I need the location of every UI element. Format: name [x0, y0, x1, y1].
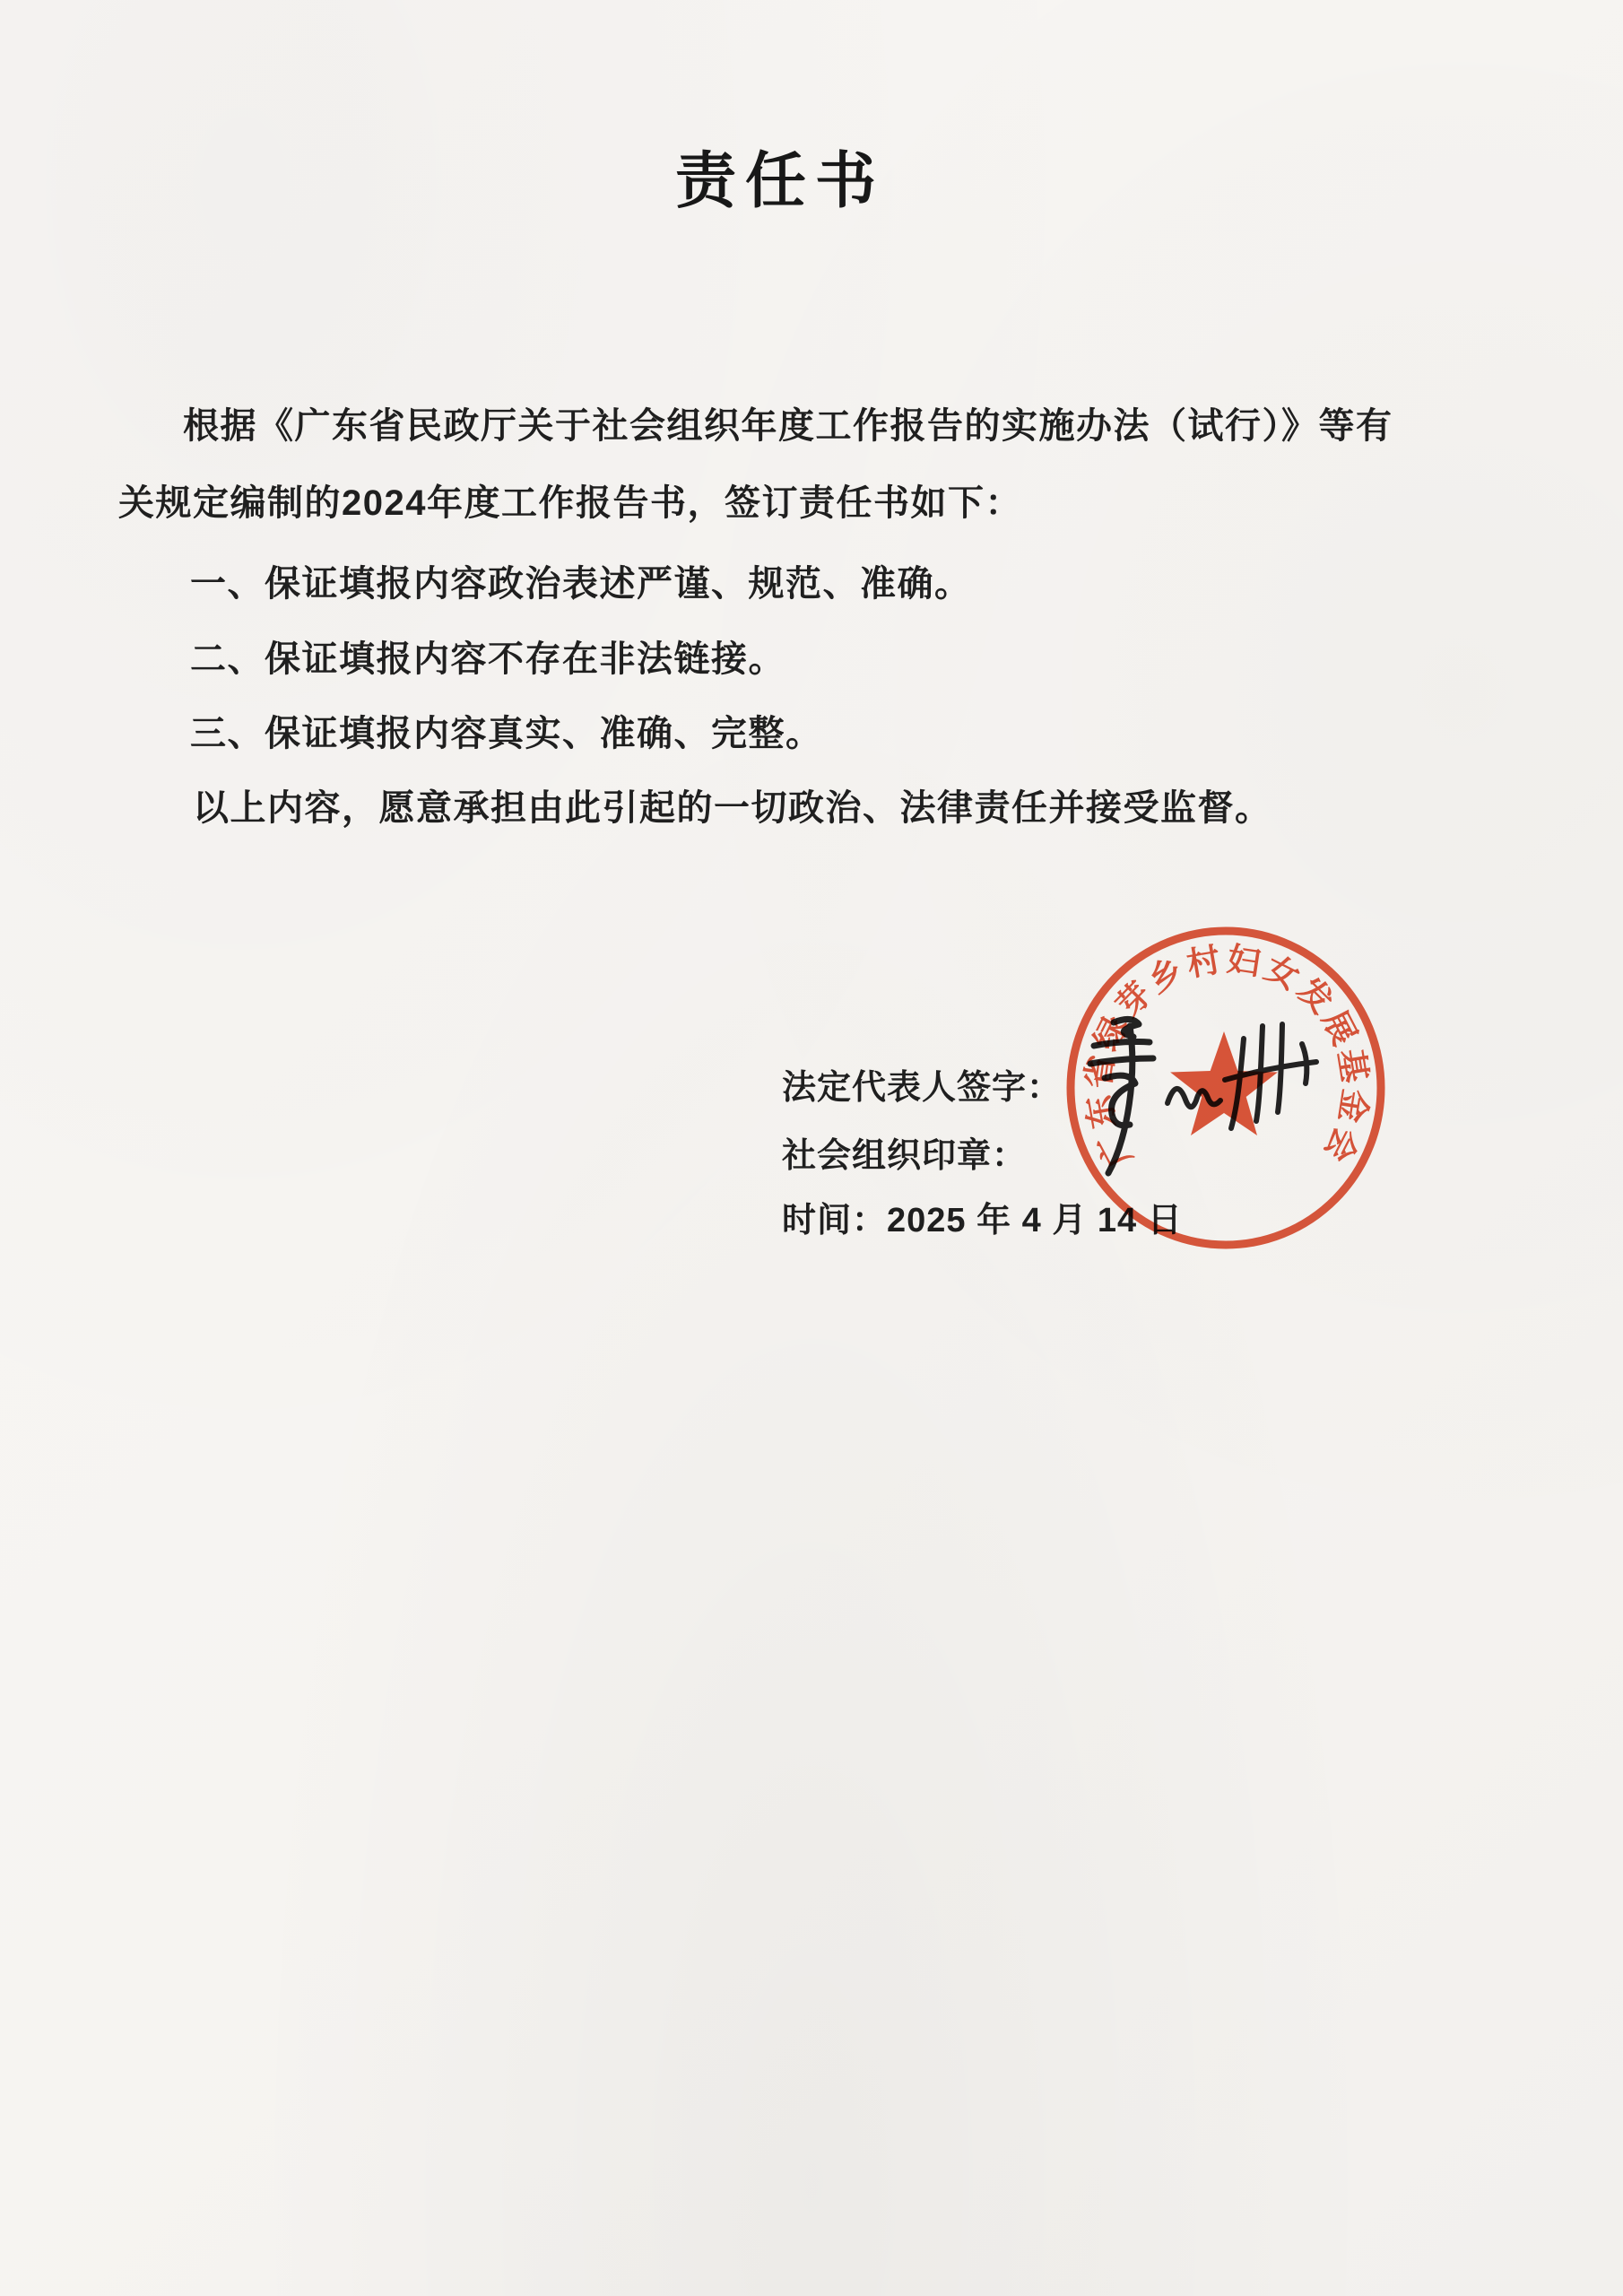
stamp-ring: [1071, 931, 1381, 1245]
intro-paragraph-line-1: 根据《广东省民政厅关于社会组织年度工作报告的实施办法（试行）》等有: [183, 405, 1393, 447]
signature-stroke: [1114, 1019, 1139, 1037]
signature-stroke: [1167, 1089, 1220, 1107]
signature-stroke: [1094, 1042, 1150, 1047]
intro-paragraph-line-2: 关规定编制的2024年度工作报告书，签订责任书如下：: [118, 483, 1022, 524]
signature-stroke: [1090, 1058, 1153, 1064]
signature-stroke: [1278, 1024, 1282, 1112]
commitment-item-2: 二、保证填报内容不存在非法链接。: [190, 639, 785, 680]
closing-statement: 以上内容，愿意承担由此引起的一切政治、法律责任并接受监督。: [193, 787, 1272, 829]
signature-stroke: [1302, 1044, 1306, 1083]
signature-stroke: [1108, 1026, 1133, 1173]
handwritten-signature: [1058, 1003, 1327, 1196]
star-icon: [1170, 1031, 1278, 1135]
date-line: 时间：2025 年 4 月 14 日: [782, 1202, 1183, 1241]
signature-stroke: [1256, 1026, 1263, 1121]
document-title: 责任书: [0, 133, 1592, 220]
legal-representative-signature-label: 法定代表人签字：: [782, 1069, 1062, 1109]
signature-stroke: [1231, 1039, 1244, 1128]
stamp-organization-name: 广东省绿芽乡村妇女发展基金会: [1080, 941, 1374, 1173]
svg-text:广东省绿芽乡村妇女发展基金会: 广东省绿芽乡村妇女发展基金会: [1080, 941, 1374, 1173]
commitment-item-3: 三、保证填报内容真实、准确、完整。: [190, 713, 823, 754]
scanned-document-page: 责任书 根据《广东省民政厅关于社会组织年度工作报告的实施办法（试行）》等有 关规…: [0, 0, 1623, 2296]
commitment-item-1: 一、保证填报内容政治表述严谨、规范、准确。: [190, 563, 972, 604]
signature-stroke: [1105, 1075, 1135, 1126]
signature-stroke: [1225, 1062, 1316, 1080]
organization-seal-label: 社会组织印章：: [782, 1137, 1027, 1177]
